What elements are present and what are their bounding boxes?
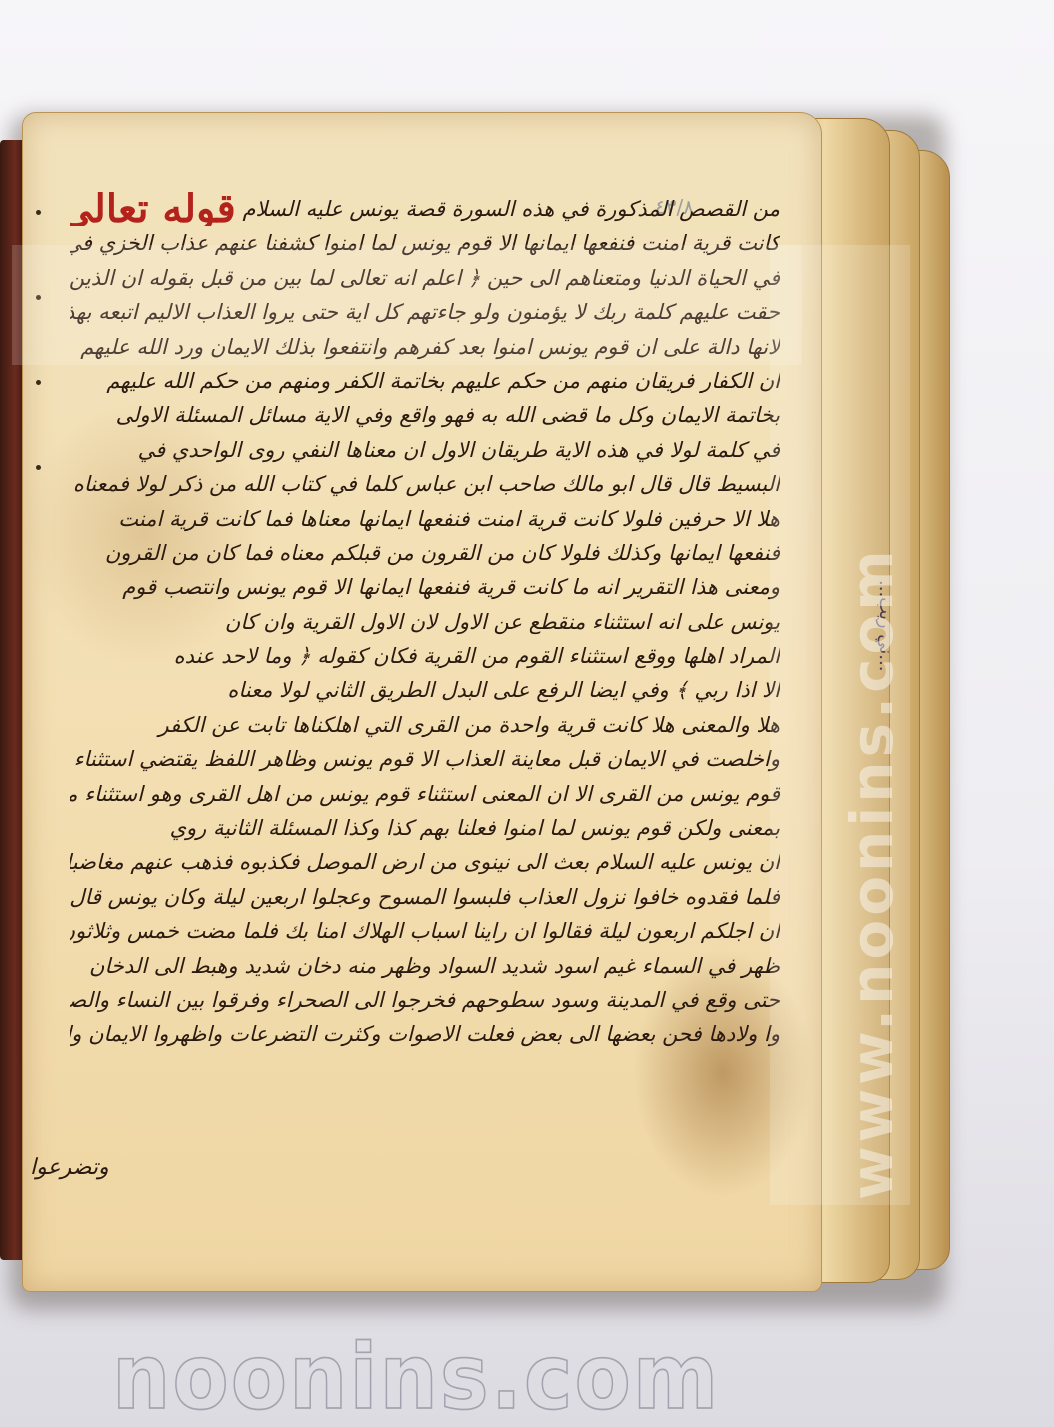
text-line: يونس على انه استثناء منقطع عن الاول لان … [70, 605, 780, 639]
catchword: وتضرعوا [30, 1155, 109, 1180]
text-line: واخلصت في الايمان قبل معاينة العذاب الا … [70, 742, 780, 776]
text-line: ان يونس عليه السلام بعث الى نينوى من ارض… [70, 845, 780, 879]
text-line: هلا الا حرفين فلولا كانت قرية امنت فنفعه… [70, 502, 780, 536]
text-line: ان اجلكم اربعون ليلة فقالوا ان راينا اسب… [70, 914, 780, 948]
watermark-bottom: noonins.com [112, 1325, 720, 1427]
text-line: البسيط قال قال ابو مالك صاحب ابن عباس كل… [70, 467, 780, 501]
watermark-band [12, 245, 802, 365]
text-line: بخاتمة الايمان وكل ما قضى الله به فهو وا… [70, 398, 780, 432]
watermark-vertical: www.noonins.com [838, 560, 908, 1200]
text-line: ومعنى هذا التقرير انه ما كانت قرية فنفعه… [70, 570, 780, 604]
text-line: ظهر في السماء غيم اسود شديد السواد وظهر … [70, 949, 780, 983]
text-line: حتى وقع في المدينة وسود سطوحهم فخرجوا ال… [70, 983, 780, 1017]
text-line: المراد اهلها ووقع استثناء القوم من القري… [70, 639, 780, 673]
text-line: فنفعها ايمانها وكذلك فلولا كان من القرون… [70, 536, 780, 570]
text-line: الا اذا ربي ﴾ وفي ايضا الرفع على البدل ا… [70, 673, 780, 707]
text-line: هلا والمعنى هلا كانت قرية واحدة من القرى… [70, 708, 780, 742]
text-line: بمعنى ولكن قوم يونس لما امنوا فعلنا بهم … [70, 811, 780, 845]
text-line: في كلمة لولا في هذه الاية طريقان الاول ا… [70, 433, 780, 467]
rubric-heading: قوله تعالى [70, 192, 236, 226]
text-line: ان الكفار فريقان منهم من حكم عليهم بخاتم… [70, 364, 780, 398]
text-line: قوم يونس من القرى الا ان المعنى استثناء … [70, 777, 780, 811]
text-line: وا ولادها فحن بعضها الى بعض فعلت الاصوات… [70, 1017, 780, 1051]
text-line: فلما فقدوه خافوا نزول العذاب فلبسوا المس… [70, 880, 780, 914]
text-line: من القصص المذكورة في هذه السورة قصة يونس… [70, 192, 780, 226]
